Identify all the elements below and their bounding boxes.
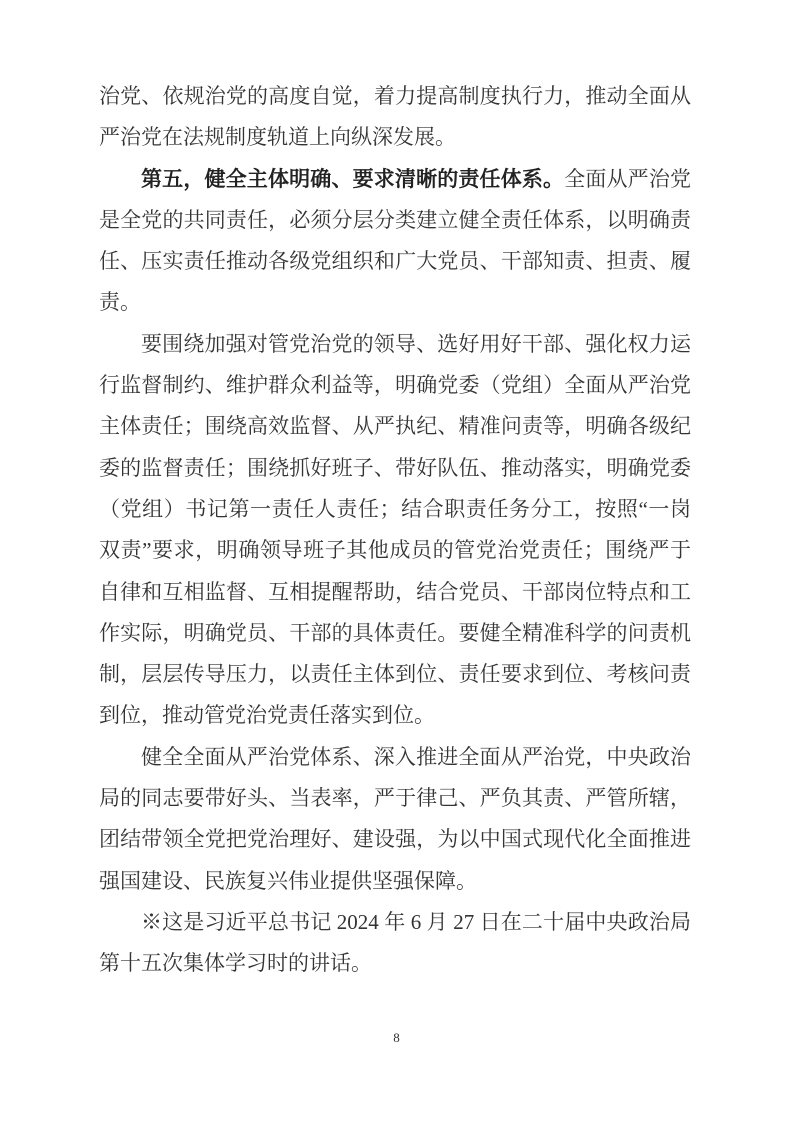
paragraph-text: 健全全面从严治党体系、深入推进全面从严治党，中央政治局的同志要带好头、当表率，严… [99, 745, 691, 893]
paragraph-lead-bold: 第五，健全主体明确、要求清晰的责任体系。 [141, 167, 564, 191]
paragraph-text: 要围绕加强对管党治党的领导、选好用好干部、强化权力运行监督制约、维护群众利益等，… [99, 332, 691, 728]
paragraph-text: ※这是习近平总书记 2024 年 6 月 27 日在二十届中央政治局第十五次集体… [99, 910, 691, 975]
paragraph: 要围绕加强对管党治党的领导、选好用好干部、强化权力运行监督制约、维护群众利益等，… [99, 324, 691, 737]
paragraph: 健全全面从严治党体系、深入推进全面从严治党，中央政治局的同志要带好头、当表率，严… [99, 737, 691, 902]
paragraph: ※这是习近平总书记 2024 年 6 月 27 日在二十届中央政治局第十五次集体… [99, 902, 691, 985]
paragraph: 第五，健全主体明确、要求清晰的责任体系。全面从严治党是全党的共同责任，必须分层分… [99, 159, 691, 324]
document-body: 治党、依规治党的高度自觉，着力提高制度执行力，推动全面从严治党在法规制度轨道上向… [99, 76, 691, 985]
document-page: 治党、依规治党的高度自觉，着力提高制度执行力，推动全面从严治党在法规制度轨道上向… [0, 0, 793, 1122]
paragraph-text: 治党、依规治党的高度自觉，着力提高制度执行力，推动全面从严治党在法规制度轨道上向… [99, 84, 691, 149]
page-number: 8 [0, 1030, 793, 1046]
paragraph: 治党、依规治党的高度自觉，着力提高制度执行力，推动全面从严治党在法规制度轨道上向… [99, 76, 691, 159]
